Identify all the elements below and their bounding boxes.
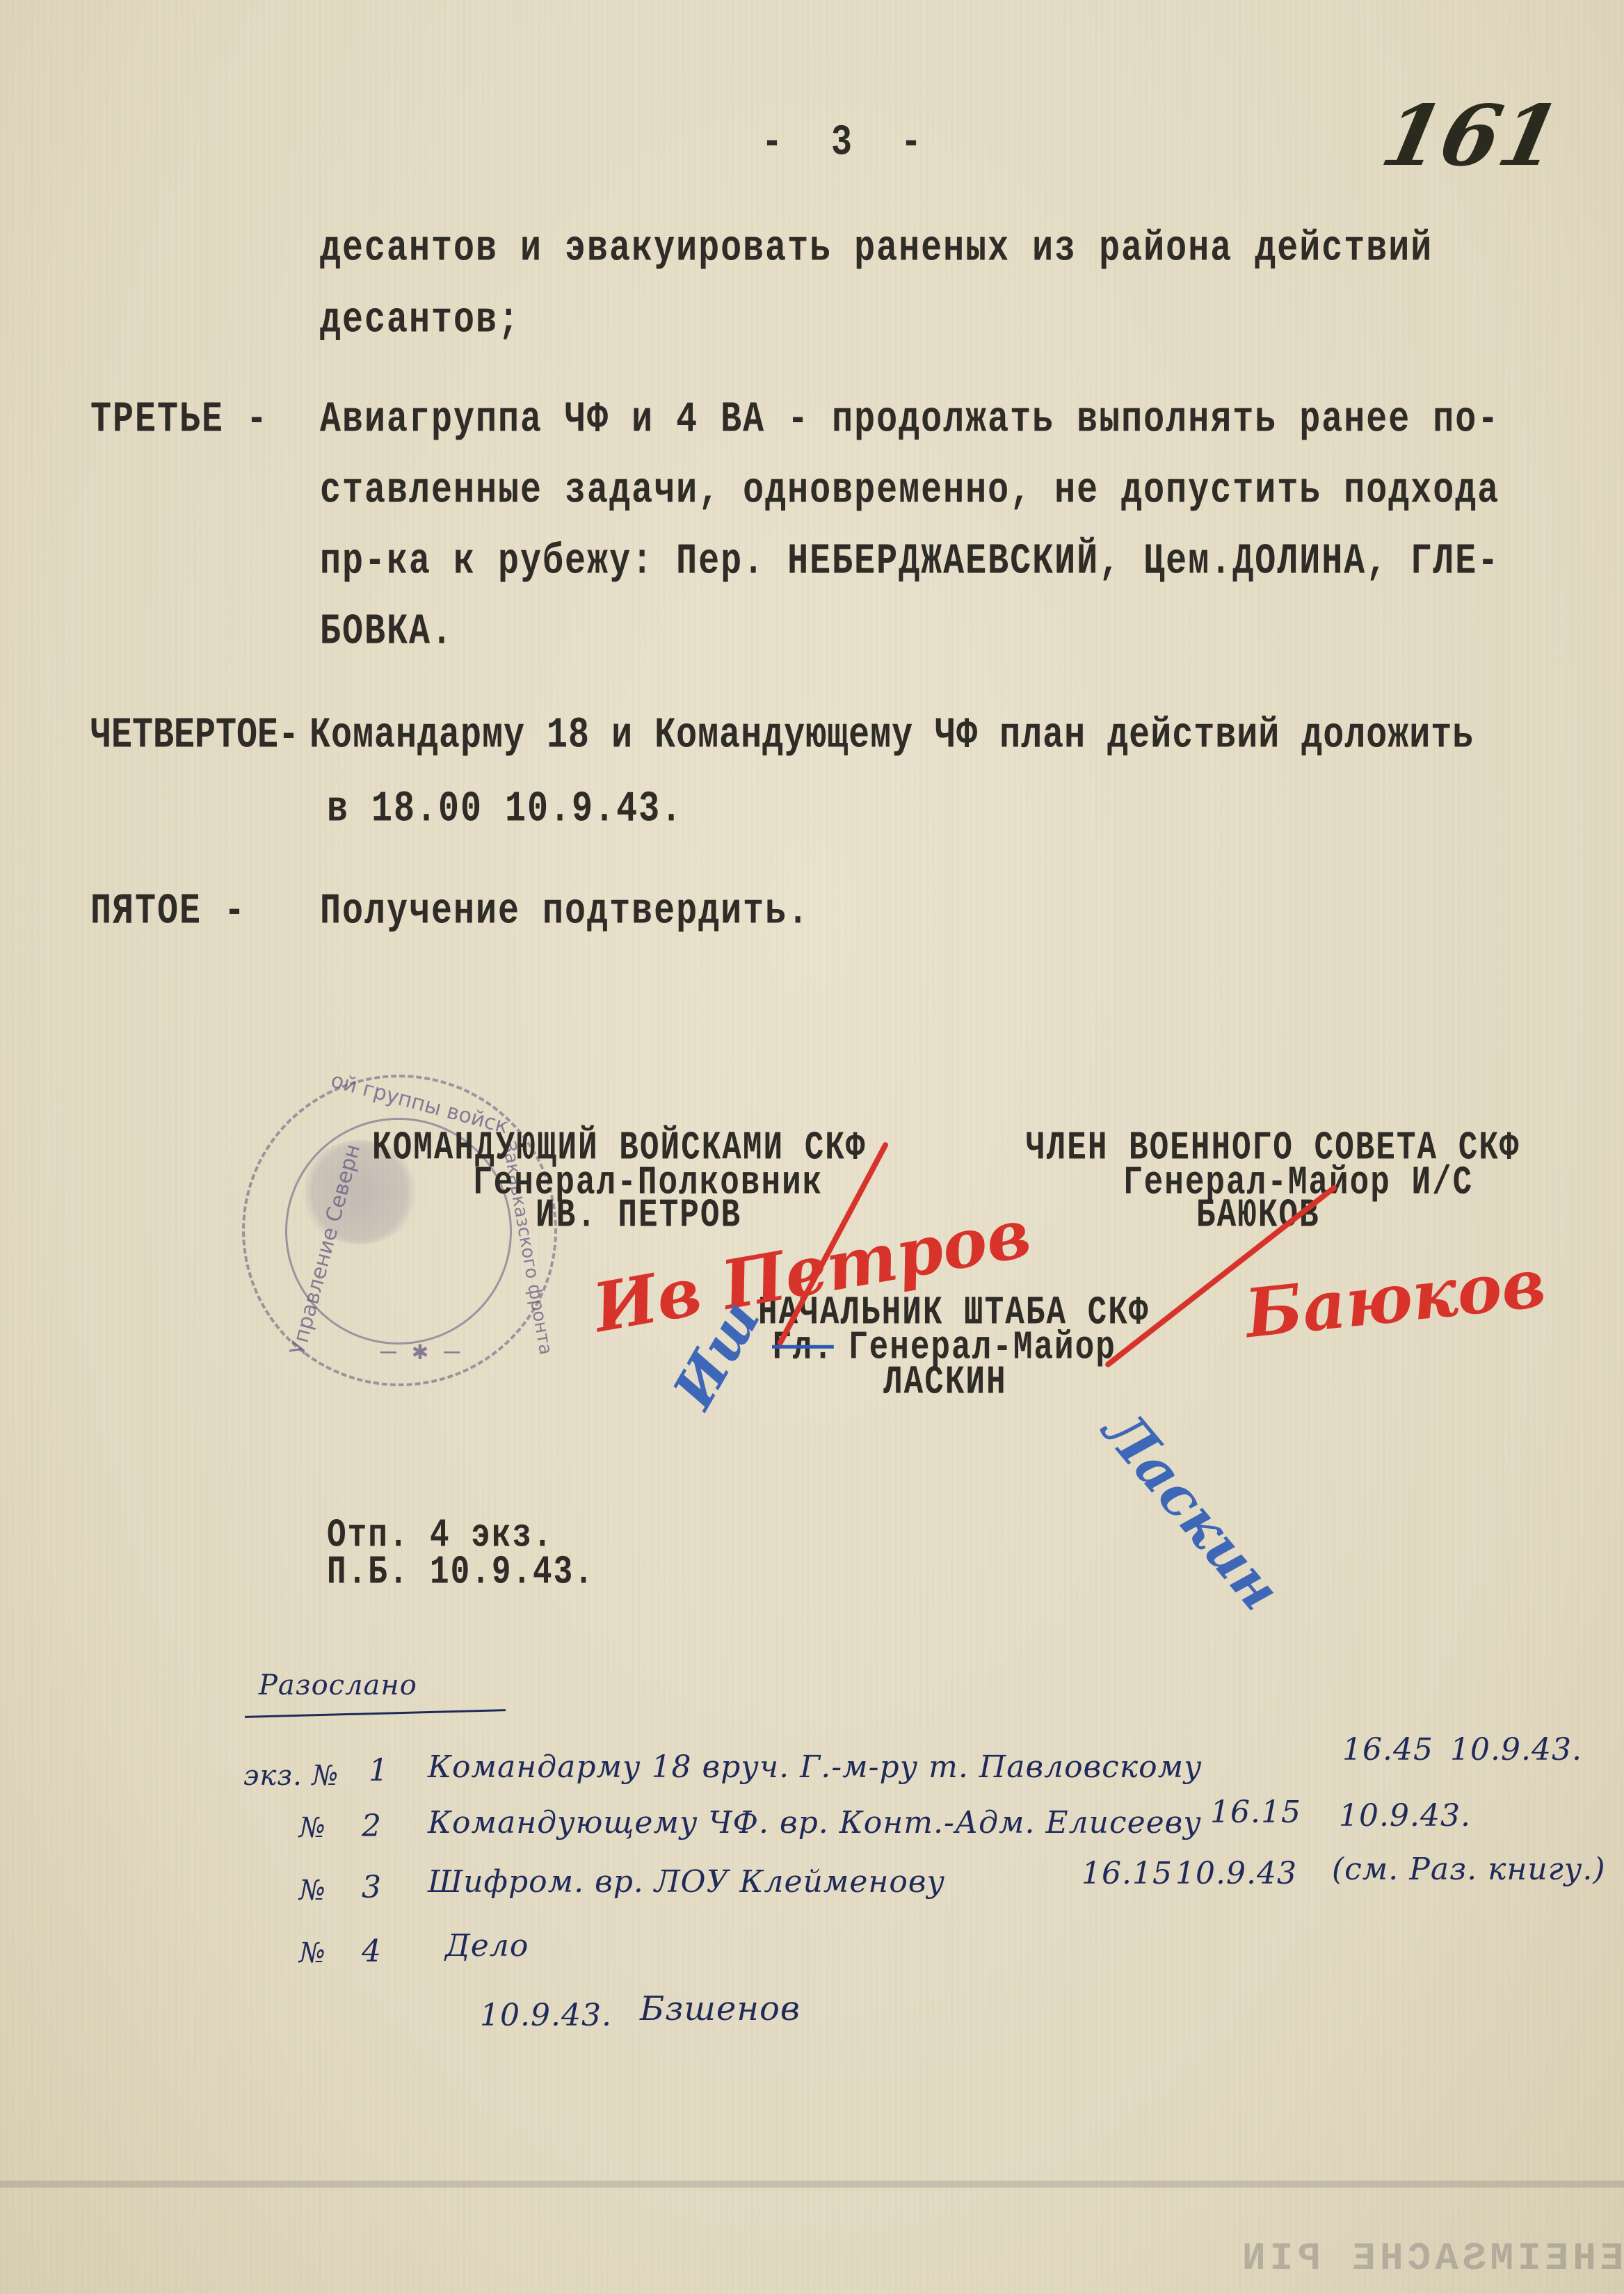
item-third-line-2: ставленные задачи, одновременно, не допу… [320, 466, 1500, 515]
typist-date: П.Б. 10.9.43. [327, 1550, 595, 1595]
bleed-through-text: GEHEIMSACHE PIN [1238, 2236, 1624, 2281]
entry-time: 16.15 [1210, 1795, 1301, 1830]
entry-text: Шифром. вр. ЛОУ Клейменову [428, 1864, 945, 1900]
item-fourth-line-2: в 18.00 10.9.43. [327, 785, 683, 834]
entry-date: 10.9.43 [1175, 1856, 1297, 1891]
distribution-heading: Разослано [259, 1669, 417, 1701]
bleed-through-rule [0, 2181, 1624, 2188]
distribution-heading-underline [245, 1709, 506, 1718]
folio-number: 161 [1374, 87, 1568, 185]
signature-bayukov: Баюков [1241, 1244, 1549, 1354]
entry-prefix: экз. № [243, 1760, 339, 1792]
entry-time: 16.15 [1082, 1856, 1173, 1891]
entry-date: 10.9.43. [1450, 1732, 1582, 1767]
entry-number: 4 [362, 1934, 382, 1969]
distribution-closing-signature: Бзшенов [640, 1989, 801, 2028]
entry-date: 10.9.43. [1339, 1798, 1471, 1834]
entry-time: 16.45 [1342, 1732, 1433, 1767]
continuation-line-2: десантов; [320, 296, 520, 345]
entry-prefix: № [299, 1875, 326, 1907]
stamp-star-icon: — ✱ — [380, 1335, 460, 1367]
signature-laskin: Ласкин [1091, 1398, 1294, 1622]
sig-left-name: ИВ. ПЕТРОВ [536, 1193, 741, 1238]
item-label-third: ТРЕТЬЕ - [90, 395, 268, 444]
entry-note: (см. Раз. книгу.) [1332, 1852, 1606, 1887]
entry-prefix: № [299, 1937, 326, 1969]
item-third-line-4: БОВКА. [320, 607, 453, 657]
item-label-fifth: ПЯТОЕ - [90, 887, 246, 936]
item-fourth-line-1: Командарму 18 и Командующему ЧФ план дей… [309, 711, 1474, 760]
continuation-line-1: десантов и эвакуировать раненых из район… [320, 224, 1433, 273]
sig-center-name: ЛАСКИН [883, 1360, 1007, 1405]
entry-prefix: № [299, 1812, 326, 1844]
page-marker: - 3 - [762, 118, 935, 168]
entry-text: Командарму 18 вруч. Г.-м-ру т. Павловско… [428, 1749, 1203, 1785]
item-third-line-3: пр-ка к рубежу: Пер. НЕБЕРДЖАЕВСКИЙ, Цем… [320, 537, 1500, 586]
entry-number: 2 [362, 1808, 382, 1844]
entry-text: Командующему ЧФ. вр. Конт.-Адм. Елисееву [428, 1805, 1202, 1840]
distribution-closing-date: 10.9.43. [480, 1998, 612, 2033]
item-fifth-line-1: Получение подтвердить. [320, 887, 810, 936]
sig-center-rank-struck: Гл. [772, 1325, 834, 1370]
entry-text: Дело [445, 1928, 529, 1964]
official-stamp: Управление Северн ой группы войск Закавк… [242, 1075, 557, 1386]
entry-number: 1 [369, 1753, 389, 1788]
item-label-fourth: ЧЕТВЕРТОЕ- [90, 711, 299, 760]
entry-number: 3 [362, 1870, 382, 1905]
item-third-line-1: Авиагруппа ЧФ и 4 ВА - продолжать выполн… [320, 395, 1500, 444]
